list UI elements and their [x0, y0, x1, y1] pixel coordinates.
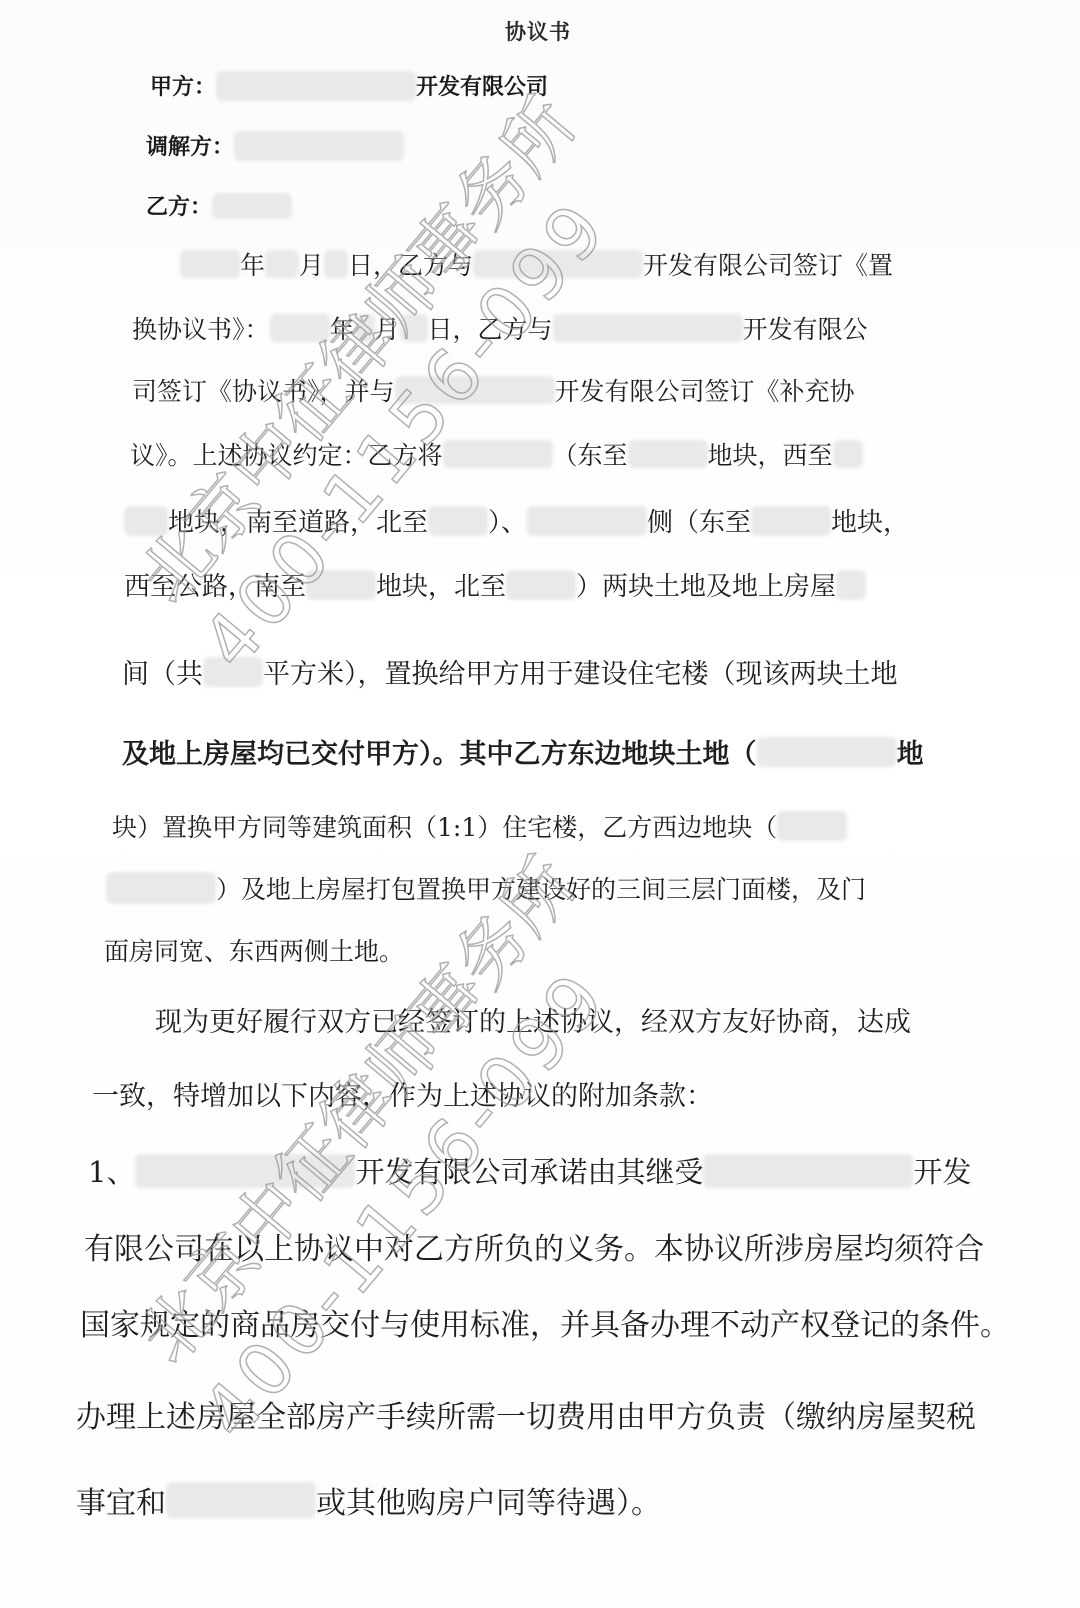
body-line-15: 有限公司在以上协议中对乙方所负的义务。本协议所涉房屋均须符合	[84, 1224, 984, 1268]
redacted-block	[428, 506, 488, 536]
body-line-1: 年 月 日，乙方与 开发有限公司签订《置	[180, 246, 893, 282]
body-line-3: 司签订《协议书》，并与 开发有限公司签订《补充协	[132, 372, 855, 408]
text: 现为更好履行双方已经签订的上述协议，经双方友好协商，达成	[155, 1000, 911, 1039]
party-b-label: 乙方：	[146, 190, 212, 221]
redacted-block	[124, 506, 168, 536]
text: 开发有限公司签订《补充协	[555, 372, 855, 408]
body-line-10: ）及地上房屋打包置换甲方建设好的三间三层门面楼，及门	[106, 870, 866, 906]
text: 月	[299, 246, 324, 282]
body-line-14: 1、 开发有限公司承诺由其继受 开发	[88, 1150, 971, 1191]
text: 间（共	[122, 652, 203, 691]
body-line-11: 面房同宽、东西两侧土地。	[104, 932, 404, 968]
redacted-block	[212, 193, 292, 219]
body-line-12: 现为更好履行双方已经签订的上述协议，经双方友好协商，达成	[155, 1000, 911, 1039]
text: 国家规定的商品房交付与使用标准，并具备办理不动产权登记的条件。	[80, 1300, 1010, 1344]
party-a-label: 甲方：	[150, 70, 216, 101]
text: ）、	[488, 502, 527, 539]
redacted-block	[400, 314, 428, 342]
text: ）及地上房屋打包置换甲方建设好的三间三层门面楼，及门	[216, 870, 866, 906]
redacted-block	[751, 506, 831, 536]
redacted-block	[443, 440, 553, 468]
text: 地块，	[831, 502, 909, 539]
text: 开发	[913, 1150, 971, 1191]
redacted-block	[270, 314, 330, 342]
text: 事宜和	[76, 1478, 166, 1522]
redacted-block	[216, 71, 416, 101]
redacted-block	[180, 250, 240, 278]
body-line-5: 地块，南至道路，北至 ）、 侧（东至 地块，	[124, 502, 909, 539]
text: 一致，特增加以下内容，作为上述协议的附加条款：	[92, 1074, 713, 1113]
text: 月	[375, 310, 400, 346]
body-line-13: 一致，特增加以下内容，作为上述协议的附加条款：	[92, 1074, 713, 1113]
text: 及地上房屋均已交付甲方）。其中乙方东边地块土地（	[122, 732, 757, 771]
body-line-7: 间（共 平方米），置换给甲方用于建设住宅楼（现该两块土地	[122, 652, 898, 691]
body-line-16: 国家规定的商品房交付与使用标准，并具备办理不动产权登记的条件。	[80, 1300, 1010, 1344]
redacted-block	[395, 376, 555, 404]
body-line-17: 办理上述房屋全部房产手续所需一切费用由甲方负责（缴纳房屋契税	[76, 1392, 976, 1436]
text: 有限公司在以上协议中对乙方所负的义务。本协议所涉房屋均须符合	[84, 1224, 984, 1268]
text: 地块，北至	[376, 566, 506, 603]
text: 面房同宽、东西两侧土地。	[104, 932, 404, 968]
text: （东至	[553, 436, 628, 472]
mediator-label: 调解方：	[146, 130, 234, 161]
redacted-block	[833, 440, 863, 468]
text: 块）置换甲方同等建筑面积（1:1）住宅楼，乙方西边地块（	[112, 808, 777, 844]
text: 日，乙方与	[348, 246, 473, 282]
redacted-block	[234, 131, 404, 161]
redacted-block	[836, 570, 866, 600]
redacted-block	[777, 811, 847, 841]
text: 1、	[88, 1150, 135, 1191]
text: 年	[240, 246, 265, 282]
text: 开发有限公司签订《置	[643, 246, 893, 282]
body-line-18: 事宜和 或其他购房户同等待遇）。	[76, 1478, 661, 1522]
text: 办理上述房屋全部房产手续所需一切费用由甲方负责（缴纳房屋契税	[76, 1392, 976, 1436]
text: 年	[330, 310, 355, 346]
redacted-block	[203, 657, 263, 687]
redacted-block	[324, 250, 348, 278]
redacted-block	[628, 440, 708, 468]
party-a-suffix: 开发有限公司	[416, 70, 548, 101]
redacted-block	[703, 1154, 913, 1188]
text: 换协议书》：	[132, 310, 270, 346]
text: 司签订《协议书》，并与	[132, 372, 395, 408]
party-b-line: 乙方：	[146, 190, 292, 221]
text: 开发有限公	[743, 310, 868, 346]
body-line-8: 及地上房屋均已交付甲方）。其中乙方东边地块土地（ 地	[122, 732, 924, 771]
redacted-block	[306, 570, 376, 600]
text: 地	[897, 732, 924, 771]
redacted-block	[355, 314, 375, 342]
body-line-4: 议》。上述协议约定：乙方将 （东至 地块，西至	[130, 436, 863, 472]
redacted-block	[135, 1154, 355, 1188]
redacted-block	[757, 737, 897, 767]
mediator-line: 调解方：	[146, 130, 404, 161]
redacted-block	[166, 1482, 316, 1518]
text: ）两块土地及地上房屋	[576, 566, 836, 603]
text: 地块，南至道路，北至	[168, 502, 428, 539]
redacted-block	[506, 570, 576, 600]
redacted-block	[473, 250, 643, 278]
document-page: 协议书 甲方： 开发有限公司 调解方： 乙方： 年 月 日，乙方与 开发有限公司…	[0, 0, 1080, 1608]
text: 平方米），置换给甲方用于建设住宅楼（现该两块土地	[263, 652, 898, 691]
body-line-2: 换协议书》： 年 月 日，乙方与 开发有限公	[132, 310, 868, 346]
text: 开发有限公司承诺由其继受	[355, 1150, 703, 1191]
redacted-block	[265, 250, 299, 278]
body-line-6: 西至公路，南至 地块，北至 ）两块土地及地上房屋	[124, 566, 866, 603]
redacted-block	[553, 314, 743, 342]
text: 日，乙方与	[428, 310, 553, 346]
redacted-block	[106, 872, 216, 904]
text: 或其他购房户同等待遇）。	[316, 1478, 661, 1522]
text: 侧（东至	[647, 502, 751, 539]
text: 议》。上述协议约定：乙方将	[130, 436, 443, 472]
document-title: 协议书	[505, 16, 571, 46]
text: 西至公路，南至	[124, 566, 306, 603]
party-a-line: 甲方： 开发有限公司	[150, 70, 548, 101]
body-line-9: 块）置换甲方同等建筑面积（1:1）住宅楼，乙方西边地块（	[112, 808, 847, 844]
redacted-block	[527, 506, 647, 536]
text: 地块，西至	[708, 436, 833, 472]
